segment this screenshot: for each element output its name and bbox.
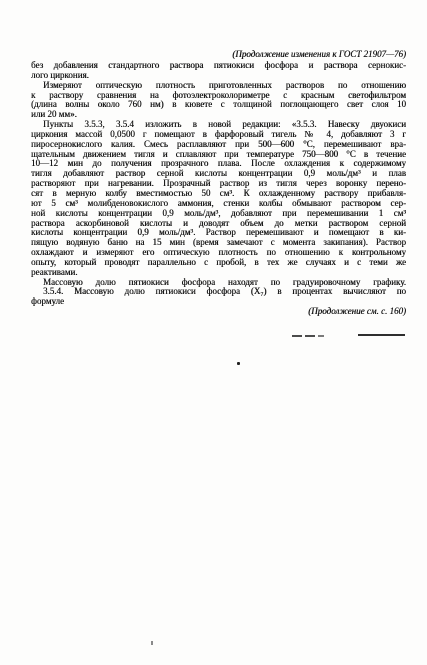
text-line: Измеряют оптическую плотность приготовле… (31, 81, 406, 91)
text-line: пящую водяную баню на 15 мин (время заме… (31, 238, 406, 248)
continuation-note: (Продолжение см. с. 160) (31, 306, 406, 316)
text-line: опыту, который проводят параллельно с пр… (31, 258, 406, 268)
separator-dashes (292, 335, 324, 337)
text-line: лого циркония. (31, 71, 406, 81)
body-text: без добавления стандартного раствора пят… (31, 61, 406, 307)
document-page: (Продолжение изменения к ГОСТ 21907—76) … (0, 0, 427, 665)
text-line: 3.5.4. Массовую долю пятиокиси фосфора (… (31, 287, 406, 297)
text-line: ют 5 см³ молибденовокислого аммония, сте… (31, 199, 406, 209)
text-line: Пункты 3.5.3, 3.5.4 изложить в новой ред… (31, 120, 406, 130)
text-line: 10—12 мин до получения прозрачного плава… (31, 159, 406, 169)
ink-dot (237, 362, 240, 365)
ink-speck (151, 641, 153, 645)
separator-line (358, 334, 405, 336)
text-line: щательным движением тигля и сплавляют пр… (31, 150, 406, 160)
text-line: ной кислоты концентрации 0,9 моль/дм³, д… (31, 209, 406, 219)
text-line: охлаждают и измеряют его оптическую плот… (31, 248, 406, 258)
text-line: растворяют при нагревании. Прозрачный ра… (31, 179, 406, 189)
text-line: тигля добавляют раствор серной кислоты к… (31, 169, 406, 179)
dash-segment (318, 335, 324, 337)
text-line: (длина волны около 760 нм) в кювете с то… (31, 100, 406, 110)
text-line: без добавления стандартного раствора пят… (31, 61, 406, 71)
text-line: циркония массой 0,0500 г помещают в фарф… (31, 130, 406, 140)
text-line: раствора аскорбиновой кислоты и доводят … (31, 219, 406, 229)
dash-segment (292, 335, 302, 337)
header-continuation-note: (Продолжение изменения к ГОСТ 21907—76) (31, 49, 406, 59)
text-line: пиросернокислого калия. Смесь расплавляю… (31, 140, 406, 150)
text-line: кислоты концентрации 0,9 моль/дм³. Раств… (31, 228, 406, 238)
text-line: или 20 мм». (31, 110, 406, 120)
text-line: к раствору сравнения на фотоэлектроколор… (31, 91, 406, 101)
text-line: Массовую долю пятиокиси фосфора находят … (31, 278, 406, 288)
text-line: сят в мерную колбу вместимостью 50 см³. … (31, 189, 406, 199)
text-line: реактивами. (31, 268, 406, 278)
dash-segment (305, 335, 315, 337)
